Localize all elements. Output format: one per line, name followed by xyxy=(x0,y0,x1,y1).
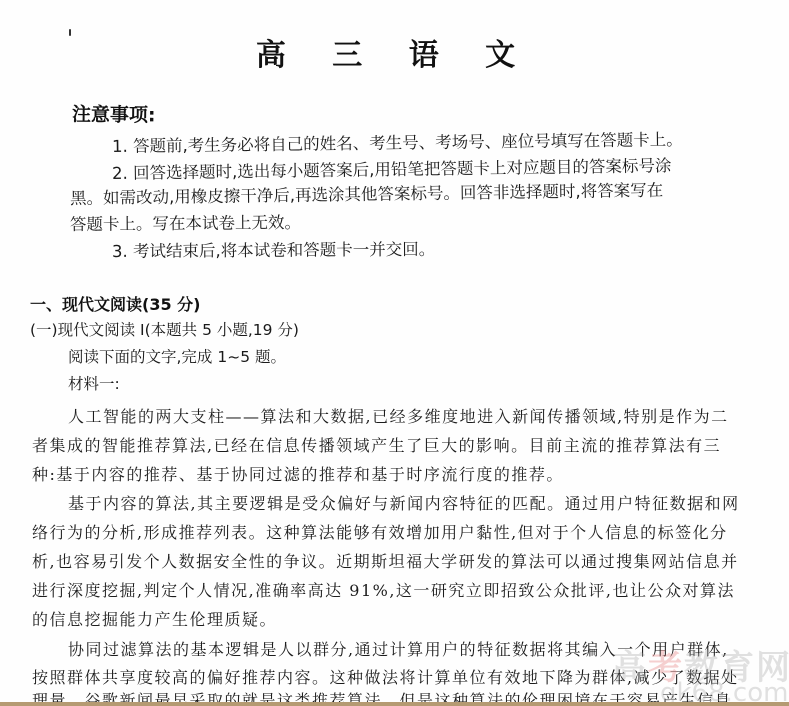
reading-instruction: 阅读下面的文字,完成 1~5 题。 xyxy=(68,345,286,367)
passage-line: 协同过滤算法的基本逻辑是人以群分,通过计算用户的特征数据将其编入一个用户群体, xyxy=(68,637,729,660)
passage-line: 的信息挖掘能力产生伦理质疑。 xyxy=(32,607,277,630)
passage-line: 人工智能的两大支柱——算法和大数据,已经多维度地进入新闻传播领域,特别是作为二 xyxy=(68,404,729,427)
passage-line: 络行为的分析,形成推荐列表。这种算法能够有效增加用户黏性,但对于个人信息的标签化… xyxy=(32,520,728,543)
passage-line: 进行深度挖掘,判定个人情况,准确率高达 91%,这一研究立即招致公众批评,也让公… xyxy=(32,578,735,601)
section-heading: 一、现代文阅读(35 分) xyxy=(30,292,200,315)
passage-line: 按照群体共享度较高的偏好推荐内容。这种做法将计算单位有效地下降为群体,减少了数据… xyxy=(32,665,739,688)
notice-item-3: 3. 考试结束后,将本试卷和答题卡一并交回。 xyxy=(112,236,435,262)
subsection-heading: (一)现代文阅读 I(本题共 5 小题,19 分) xyxy=(30,318,299,340)
passage-line: 析,也容易引发个人数据安全性的争议。近期斯坦福大学研发的算法可以通过搜集网站信息… xyxy=(32,549,739,572)
material-label: 材料一: xyxy=(68,372,120,394)
notice-heading: 注意事项: xyxy=(72,100,156,128)
scan-bottom-edge xyxy=(0,702,789,706)
page-title: 高 三 语 文 xyxy=(0,30,789,74)
passage-line: 者集成的智能推荐算法,已经在信息传播领域产生了巨大的影响。目前主流的推荐算法有三 xyxy=(32,433,721,456)
passage-line: 种:基于内容的推荐、基于协同过滤的推荐和基于时序流行度的推荐。 xyxy=(32,462,564,485)
notice-item-2-cont2: 答题卡上。写在本试卷上无效。 xyxy=(70,209,301,235)
passage-line: 基于内容的算法,其主要逻辑是受众偏好与新闻内容特征的匹配。通过用户特征数据和网 xyxy=(68,491,740,514)
exam-page: 高 三 语 文 注意事项: 1. 答题前,考生务必将自己的姓名、考生号、考场号、… xyxy=(0,0,789,706)
